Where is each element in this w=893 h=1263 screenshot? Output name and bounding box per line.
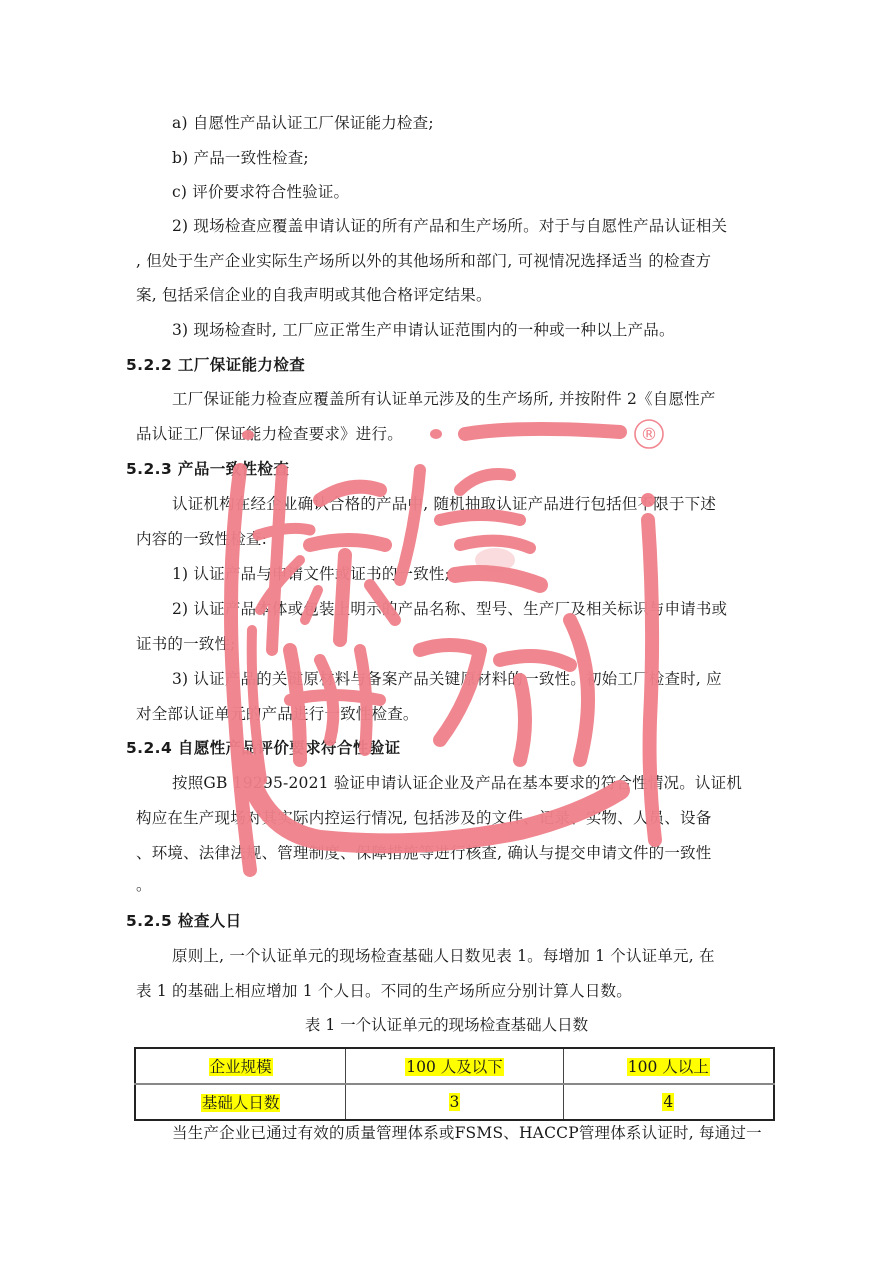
paragraph-line: 3) 现场检查时, 工厂应正常生产申请认证范围内的一种或一种以上产品。 — [172, 320, 772, 340]
table-cell: 100 人以上 — [627, 1058, 710, 1076]
document-page: a) 自愿性产品认证工厂保证能力检查; b) 产品一致性检查; c) 评价要求符… — [0, 0, 893, 1263]
paragraph-line: 案, 包括采信企业的自我声明或其他合格评定结果。 — [136, 285, 772, 305]
table-cell: 4 — [662, 1093, 674, 1111]
table-caption: 表 1 一个认证单元的现场检查基础人日数 — [0, 1015, 893, 1035]
table-row-header: 企业规模 100 人及以下 100 人以上 — [135, 1048, 774, 1084]
list-item-a: a) 自愿性产品认证工厂保证能力检查; — [172, 113, 772, 133]
section-heading-5-2-3: 5.2.3 产品一致性检查 — [126, 459, 762, 479]
table-cell: 3 — [449, 1093, 461, 1111]
table-cell: 100 人及以下 — [405, 1058, 504, 1076]
paragraph-line: 品认证工厂保证能力检查要求》进行。 — [136, 424, 772, 444]
paragraph-line: 证书的一致性; — [136, 634, 772, 654]
table-cell: 企业规模 — [209, 1058, 273, 1076]
paragraph-line: 对全部认证单元的产品进行一致性检查。 — [136, 704, 772, 724]
inspection-days-table: 企业规模 100 人及以下 100 人以上 基础人日数 3 4 — [134, 1047, 775, 1121]
paragraph-line: 、环境、法律法规、管理制度、保障措施等进行核查, 确认与提交申请文件的一致性 — [136, 843, 772, 863]
list-item: 2) 认证产品本体或包装上明示的产品名称、型号、生产厂及相关标识与申请书或 — [172, 599, 772, 619]
paragraph-line: 。 — [136, 875, 772, 895]
section-heading-5-2-4: 5.2.4 自愿性产品评价要求符合性验证 — [126, 738, 762, 758]
paragraph-line: , 但处于生产企业实际生产场所以外的其他场所和部门, 可视情况选择适当 的检查方 — [136, 251, 772, 271]
section-heading-5-2-5: 5.2.5 检查人日 — [126, 911, 762, 931]
paragraph-line: 2) 现场检查应覆盖申请认证的所有产品和生产场所。对于与自愿性产品认证相关 — [172, 216, 772, 236]
list-item: 3) 认证产品的关键原材料与备案产品关键原材料的一致性。初始工厂检查时, 应 — [172, 669, 772, 689]
list-item-c: c) 评价要求符合性验证。 — [172, 182, 772, 202]
paragraph-line: 当生产企业已通过有效的质量管理体系或FSMS、HACCP管理体系认证时, 每通过… — [172, 1123, 772, 1143]
paragraph-line: 表 1 的基础上相应增加 1 个人日。不同的生产场所应分别计算人日数。 — [136, 981, 772, 1001]
paragraph-line: 内容的一致性检查: — [136, 529, 772, 549]
table-cell: 基础人日数 — [201, 1094, 281, 1112]
paragraph-line: 工厂保证能力检查应覆盖所有认证单元涉及的生产场所, 并按附件 2《自愿性产 — [172, 389, 772, 409]
list-item: 1) 认证产品与申请文件或证书的一致性; — [172, 564, 772, 584]
paragraph-line: 原则上, 一个认证单元的现场检查基础人日数见表 1。每增加 1 个认证单元, 在 — [172, 946, 772, 966]
paragraph-line: 构应在生产现场对其实际内控运行情况, 包括涉及的文件、记录、实物、人员、设备 — [136, 808, 772, 828]
paragraph-line: 按照GB 19295-2021 验证申请认证企业及产品在基本要求的符合性情况。认… — [172, 773, 772, 793]
section-heading-5-2-2: 5.2.2 工厂保证能力检查 — [126, 355, 762, 375]
table-row: 基础人日数 3 4 — [135, 1084, 774, 1120]
list-item-b: b) 产品一致性检查; — [172, 148, 772, 168]
paragraph-line: 认证机构在经企业确认合格的产品中, 随机抽取认证产品进行包括但不限于下述 — [172, 494, 772, 514]
